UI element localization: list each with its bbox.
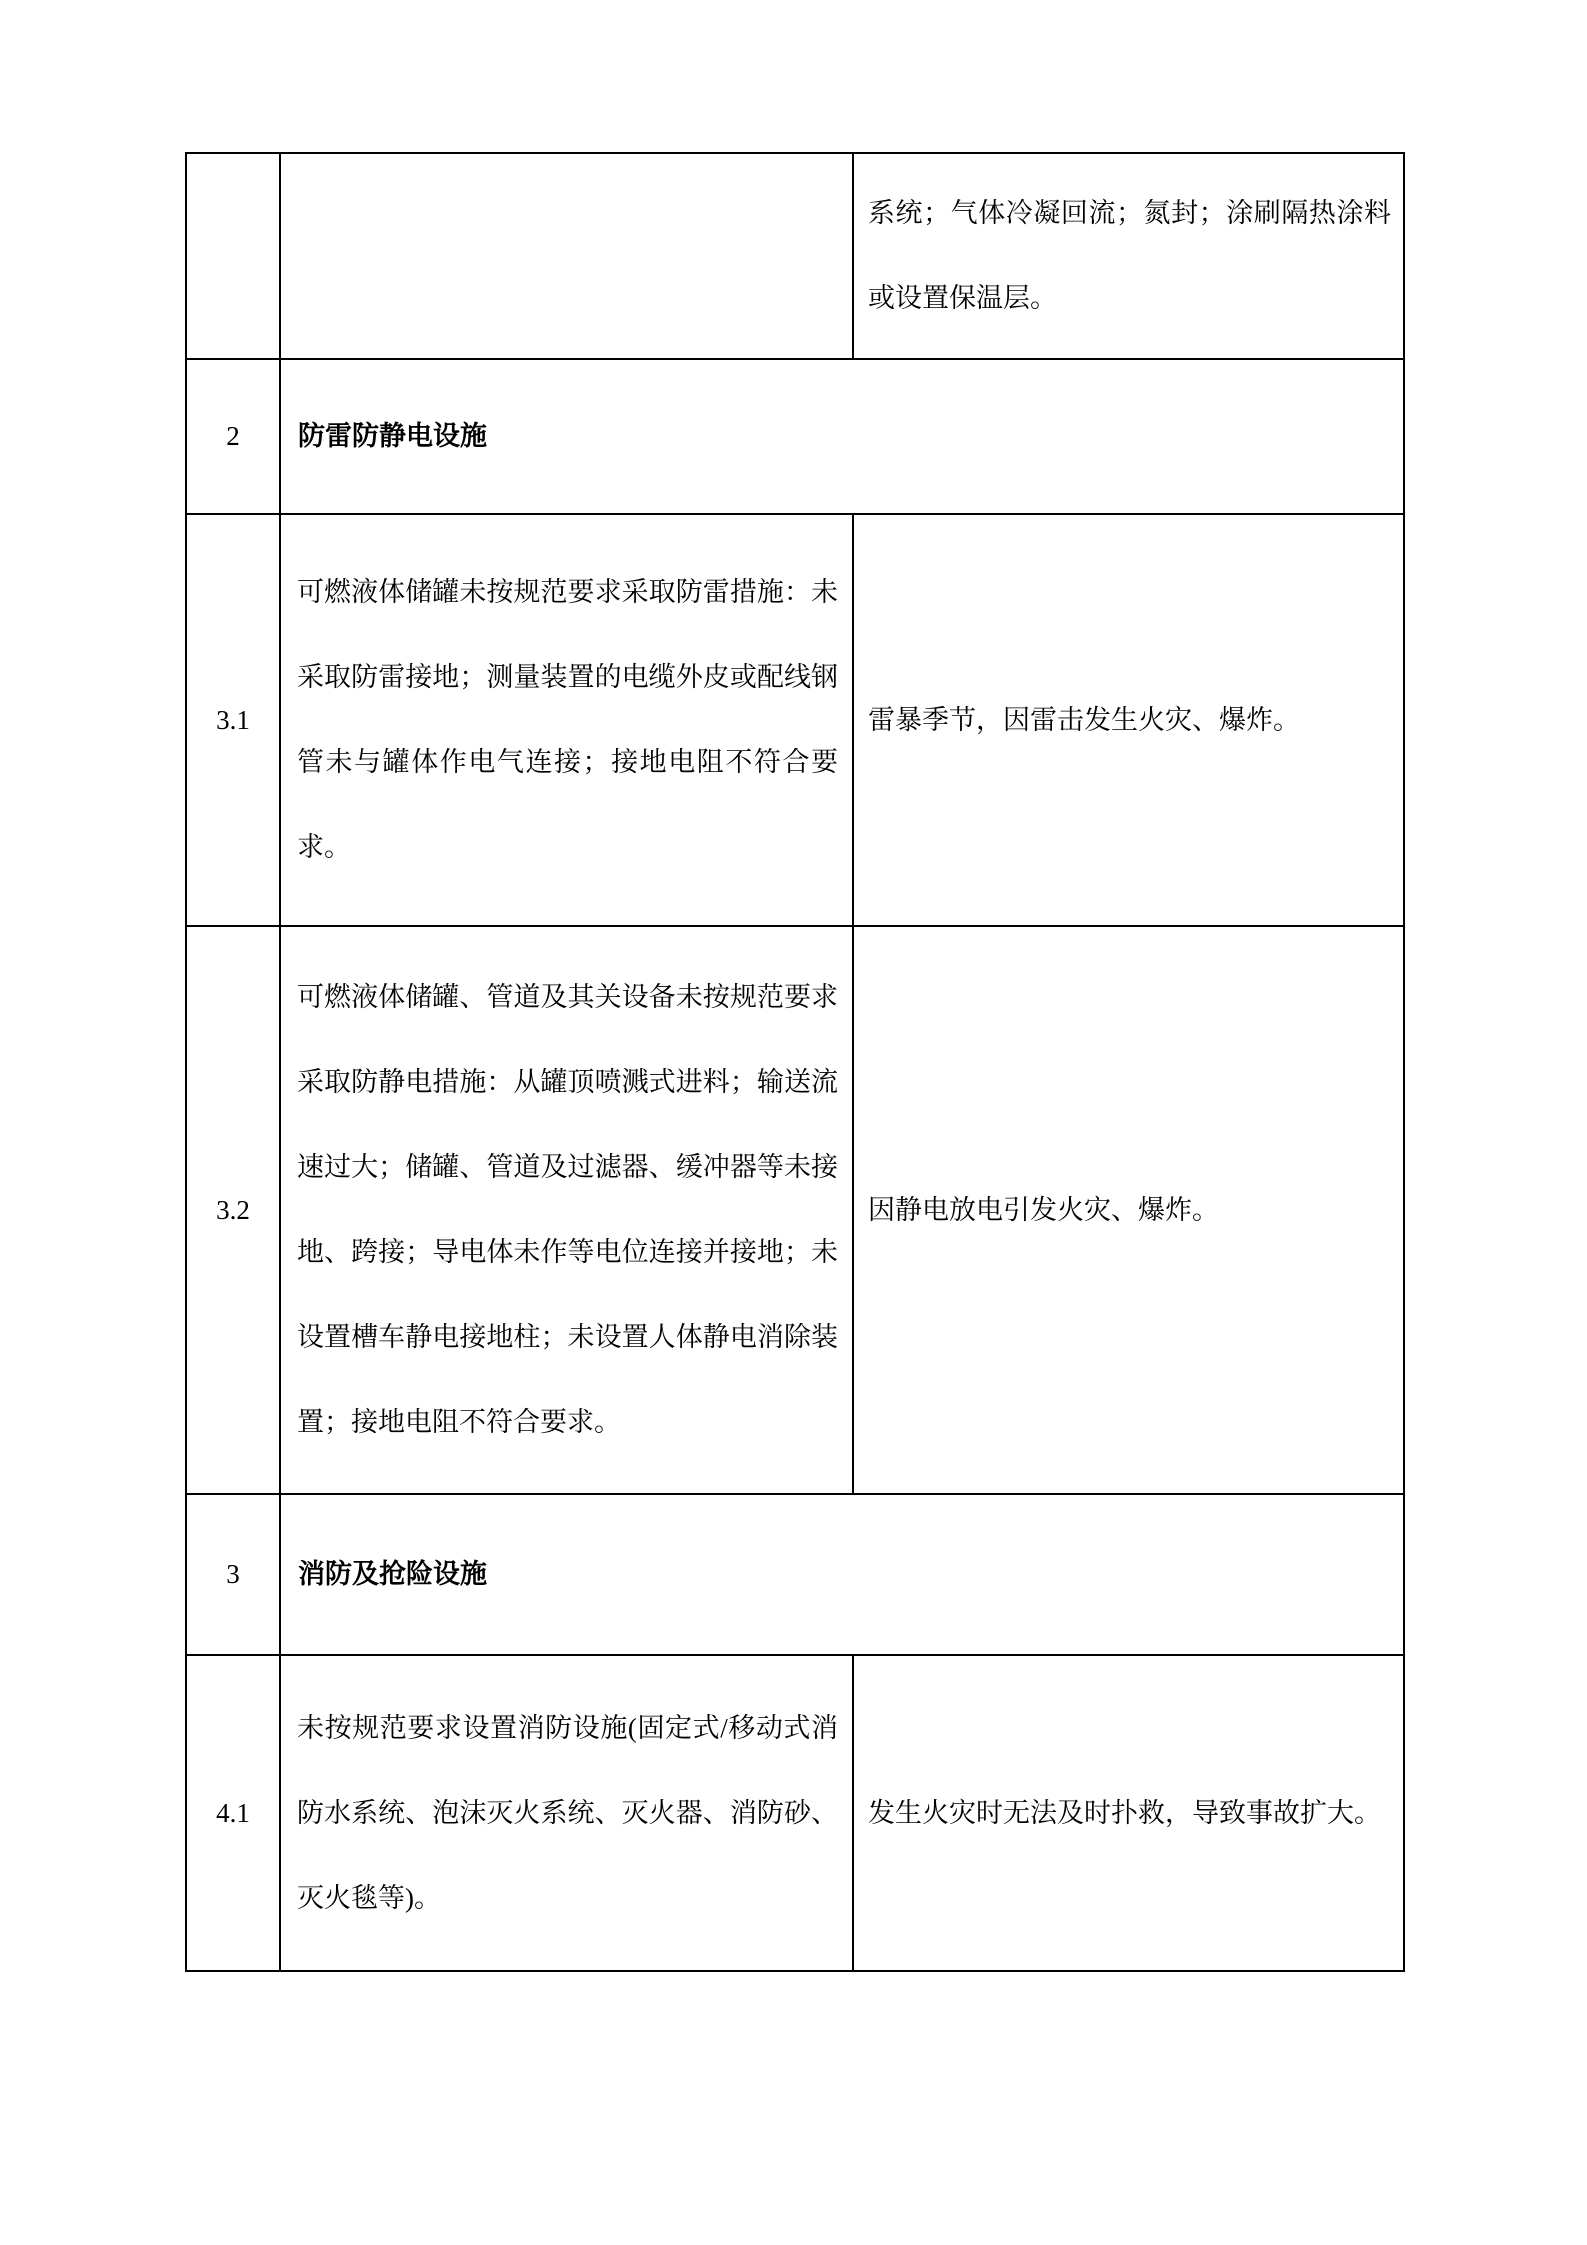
table-row-4-1: 4.1 未按规范要求设置消防设施(固定式/移动式消防水系统、泡沫灭火系统、灭火器… xyxy=(186,1655,1404,1971)
hazard-table: 系统；气体冷凝回流；氮封；涂刷隔热涂料或设置保温层。 2 防雷防静电设施 3.1… xyxy=(185,152,1405,1972)
table-row-3-2: 3.2 可燃液体储罐、管道及其关设备未按规范要求采取防静电措施：从罐顶喷溅式进料… xyxy=(186,926,1404,1494)
row-number-cell: 4.1 xyxy=(186,1655,280,1971)
hazard-description-cell xyxy=(280,153,853,359)
section-number-cell: 3 xyxy=(186,1494,280,1655)
consequence-cell: 雷暴季节，因雷击发生火灾、爆炸。 xyxy=(853,514,1404,926)
row-number-cell xyxy=(186,153,280,359)
row-number-cell: 3.1 xyxy=(186,514,280,926)
hazard-description-cell: 可燃液体储罐未按规范要求采取防雷措施：未采取防雷接地；测量装置的电缆外皮或配线钢… xyxy=(280,514,853,926)
table-row-3-1: 3.1 可燃液体储罐未按规范要求采取防雷措施：未采取防雷接地；测量装置的电缆外皮… xyxy=(186,514,1404,926)
document-page: 系统；气体冷凝回流；氮封；涂刷隔热涂料或设置保温层。 2 防雷防静电设施 3.1… xyxy=(0,0,1587,2245)
table-row-section-2: 2 防雷防静电设施 xyxy=(186,359,1404,514)
consequence-cell: 发生火灾时无法及时扑救，导致事故扩大。 xyxy=(853,1655,1404,1971)
row-number-cell: 3.2 xyxy=(186,926,280,1494)
section-title-cell: 防雷防静电设施 xyxy=(280,359,1404,514)
section-title-cell: 消防及抢险设施 xyxy=(280,1494,1404,1655)
hazard-description-cell: 可燃液体储罐、管道及其关设备未按规范要求采取防静电措施：从罐顶喷溅式进料；输送流… xyxy=(280,926,853,1494)
consequence-cell: 因静电放电引发火灾、爆炸。 xyxy=(853,926,1404,1494)
hazard-description-cell: 未按规范要求设置消防设施(固定式/移动式消防水系统、泡沫灭火系统、灭火器、消防砂… xyxy=(280,1655,853,1971)
table-row-section-3: 3 消防及抢险设施 xyxy=(186,1494,1404,1655)
section-number-cell: 2 xyxy=(186,359,280,514)
consequence-cell: 系统；气体冷凝回流；氮封；涂刷隔热涂料或设置保温层。 xyxy=(853,153,1404,359)
table-row-continuation: 系统；气体冷凝回流；氮封；涂刷隔热涂料或设置保温层。 xyxy=(186,153,1404,359)
